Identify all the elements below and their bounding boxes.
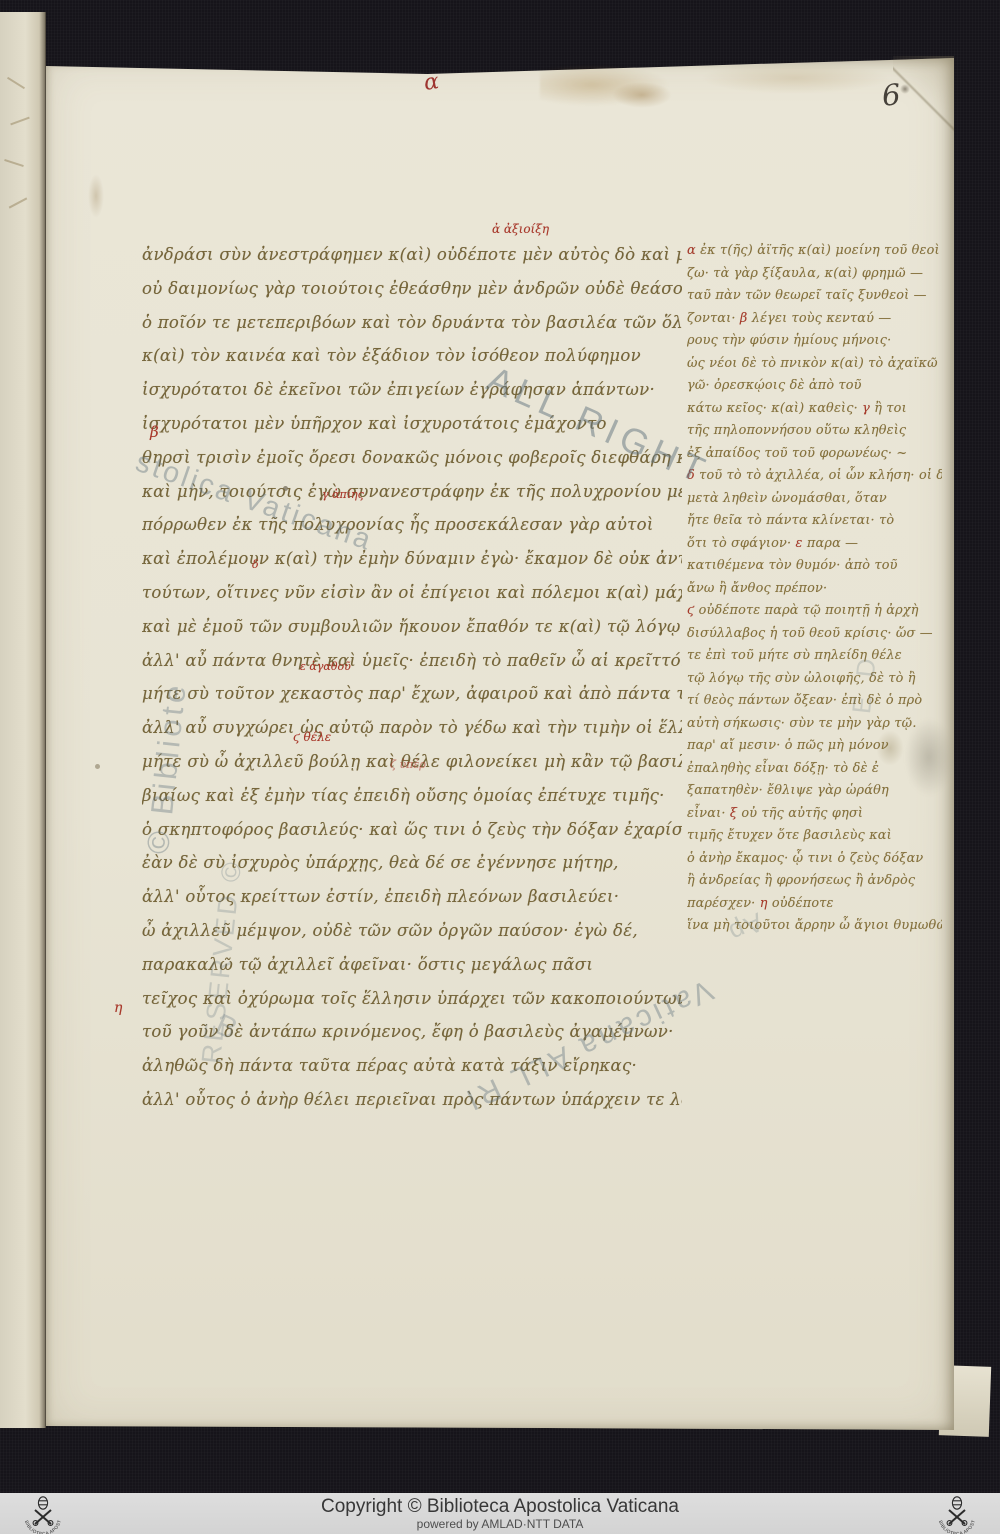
manuscript-line: α ἐκ τ(ῆς) ἀϊτῆς κ(αὶ) μοείνη τοῦ θεοὶ — [687,240,942,263]
manuscript-line: ρους τὴν φύσιν ἡμίους μήνοις· [687,330,942,353]
ink-text: παρα — [803,536,859,551]
manuscript-line: αὐτὴ σήκωσις· σὺν τε μὴν γὰρ τῷ. [687,713,942,736]
manuscript-line: καὶ μὴν, τοιούτοις ἐγὼ συνανεστράφην ἐκ … [142,475,682,509]
ink-text: τιμῆς ἔτυχεν ὅτε βασιλεὺς καὶ [687,828,892,843]
manuscript-line: καὶ μὲ ἐμοῦ τῶν συμβουλιῶν ἤκουον ἔπαθόν… [142,610,682,644]
ink-text: ἢ ἀνδρείας ἢ φρονήσεως ἢ ἀνδρὸς [687,873,915,888]
manuscript-line: γῶ· ὀρεσκῴοις δὲ ἀπὸ τοῦ [687,375,942,398]
manuscript-line: παρέσχεν· η οὐδέποτε [687,893,942,916]
folio-number: 6 [881,77,902,112]
showthrough-mark [10,117,29,126]
ink-text: ἢ τοι [870,401,907,416]
ink-text: παρέσχεν· [687,896,760,911]
page-corner-fold [893,56,954,142]
manuscript-line: ἰσχυρότατοι μὲν ὑπῆρχον καὶ ἰσχυροτάτοις… [142,407,682,441]
ink-text: αὐτὴ σήκωσις· σὺν τε μὴν γὰρ τῷ. [687,716,917,731]
ink-text: ζονται· [687,311,740,326]
ink-text: ἐξ ἀπαίδος τοῦ τοῦ φορωνέως· ~ [687,446,907,461]
manuscript-line: παρακαλῶ τῷ ἀχιλλεῖ ἀφεῖναι· ὅστις μεγάλ… [142,948,682,982]
manuscript-line: μήτε σὺ τοῦτον χεκαστὸς παρ' ἔχων, ἀφαιρ… [142,677,682,711]
rubric-initial: β [740,311,748,326]
manuscript-line: βιαίως καὶ ἐξ ἐμὴν τίας ἐπειδὴ οὔσης ὁμο… [142,779,682,813]
ink-text: δισύλλαβος ἡ τοῦ θεοῦ κρίσις· ὥσ — [687,626,933,641]
showthrough-mark [4,159,24,167]
main-text-block: ἀνδράσι σὺν ἀνεστράφημεν κ(αὶ) οὐδέποτε … [142,238,682,1117]
showthrough-mark [7,77,25,89]
ink-text: τί θεὸς πάντων ὄξεαν· ἐπὶ δὲ ὁ πρὸ [687,693,922,708]
ink-text: ἐκ τ(ῆς) ἀϊτῆς κ(αὶ) μοείνη τοῦ θεοὶ — [696,243,942,258]
rubric-initial: η [760,896,768,911]
ink-text: παρ' αἴ μεσιν· ὁ πῶς μὴ μόνον [687,738,889,753]
manuscript-line: ἀλλ' αὖ πάντα θνητὲ καὶ ὑμεῖς· ἐπειδὴ τὸ… [142,644,682,678]
manuscript-line: μήτε σὺ ὦ ἀχιλλεῦ βούλῃ καὶ θέλε φιλονεί… [142,745,682,779]
footer-bar: BIBLIOTECA APOSTOLICA VATICANA Copyright… [0,1493,1000,1534]
ink-text: καὶ ἐπολέμουν κ(αὶ) τὴν ἐμὴν δύναμιν ἐγὼ… [142,549,682,568]
manuscript-line: ἤτε θεῖα τὸ πάντα κλίνεται· τὸ [687,510,942,533]
manuscript-line: μετὰ ληθεὶν ὠνομάσθαι, ὅταν [687,488,942,511]
ink-text: μήτε σὺ τοῦτον χεκαστὸς παρ' ἔχων, ἀφαιρ… [142,684,682,703]
manuscript-line: τιμῆς ἔτυχεν ὅτε βασιλεὺς καὶ [687,825,942,848]
manuscript-line: ξαπατηθὲν· ἔθλιψε γὰρ ὡράθη [687,780,942,803]
manuscript-line: ὦ ἀχιλλεῦ μέμψον, οὐδὲ τῶν σῶν ὀργῶν παύ… [142,914,682,948]
ink-text: ὅτι τὸ σφάγιον· [687,536,796,551]
manuscript-line: ἀλλ' αὖ συγχώρει ὡς αὐτῷ παρὸν τὸ γέδω κ… [142,711,682,745]
manuscript-line: ϛ οὐδέποτε παρὰ τῷ ποιητῇ ἡ ἀρχὴ [687,600,942,623]
ink-text: μετὰ ληθεὶν ὠνομάσθαι, ὅταν [687,491,887,506]
manuscript-line: οὐ δαιμονίως γὰρ τοιούτοις ἐθεάσθην μὲν … [142,272,682,306]
copyright-text: Copyright © Biblioteca Apostolica Vatica… [321,1496,679,1517]
manuscript-line: τε ἐπὶ τοῦ μήτε σὺ πηλείδη θέλε [687,645,942,668]
vatican-library-stamp: BIBLIOTECA APOSTOLICA VATICANA [934,1491,980,1534]
manuscript-line: παρ' αἴ μεσιν· ὁ πῶς μὴ μόνον [687,735,942,758]
manuscript-line: ζω· τὰ γὰρ ξίξαυλα, κ(αὶ) φρημῶ — [687,263,942,286]
ink-text: ἰσχυρότατοι δὲ ἐκεῖνοι τῶν ἐπιγείων ἐγρά… [142,380,655,399]
ink-text: ἐὰν δὲ σὺ ἰσχυρὸς ὑπάρχῃς, θεὰ δέ σε ἐγέ… [142,853,619,872]
manuscript-line: πόρρωθεν ἐκ τῆς πολυχρονίας ἧς προσεκάλε… [142,508,682,542]
ink-text: λέγει τοὺς κενταύ — [748,311,892,326]
rubric-initial: γ [862,401,870,416]
ink-text: κατιθέμενα τὸν θυμόν· ἀπὸ τοῦ [687,558,898,573]
ink-text: ὡς νέοι δὲ τὸ πνικὸν κ(αὶ) τὸ ἀχαϊκῶ [687,356,938,371]
ink-text: κάτω κεῖος· κ(αὶ) καθεὶς· [687,401,862,416]
digitized-manuscript-scan: α 6 ἀνδράσι σὺν ἀνεστράφημεν κ(αὶ) οὐδέπ… [0,0,1000,1534]
manuscript-line: ὁ ἀνὴρ ἔκαμος· ᾧ τινι ὁ ζεὺς δόξαν [687,848,942,871]
manuscript-line: ἀνδράσι σὺν ἀνεστράφημεν κ(αὶ) οὐδέποτε … [142,238,682,272]
ink-text: καὶ μὲ ἐμοῦ τῶν συμβουλιῶν ἤκουον ἔπαθόν… [142,617,681,636]
book-page-edge [0,12,46,1428]
manuscript-line: ἵνα μὴ τοιοῦτοι ἄρρην ὦ ἅγιοι θυμωθῶσι :… [687,915,942,938]
manuscript-line: ἢ ἀνδρείας ἢ φρονήσεως ἢ ἀνδρὸς [687,870,942,893]
manuscript-line: ἄνω ἢ ἄνθος πρέπον· [687,578,942,601]
ink-text: οὐδέποτε [768,896,834,911]
ink-text: γῶ· ὀρεσκῴοις δὲ ἀπὸ τοῦ [687,378,862,393]
ink-text: καὶ μὴν, τοιούτοις ἐγὼ συνανεστράφην ἐκ … [142,482,682,501]
manuscript-line: ἀληθῶς δὴ πάντα ταῦτα πέρας αὐτὰ κατὰ τά… [142,1049,682,1083]
manuscript-line: τῷ λόγῳ τῆς σὺν ὠλοιφῆς, δὲ τὸ ἢ [687,668,942,691]
ink-text: τε ἐπὶ τοῦ μήτε σὺ πηλείδη θέλε [687,648,902,663]
ink-text: εἶναι· [687,806,730,821]
rubric-initial: α [687,243,696,258]
ink-text: τεῖχος καὶ ὀχύρωμα τοῖς ἕλλησιν ὑπάρχει … [142,989,682,1008]
manuscript-line: κατιθέμενα τὸν θυμόν· ἀπὸ τοῦ [687,555,942,578]
manuscript-line: τῆς πηλοποννήσου οὕτω κληθεὶς [687,420,942,443]
ink-text: οὐ τῆς αὐτῆς φησὶ [737,806,863,821]
ink-text: ξαπατηθὲν· ἔθλιψε γὰρ ὡράθη [687,783,889,798]
manuscript-line: κ(αὶ) τὸν καινέα καὶ τὸν ἐξάδιον τὸν ἰσό… [142,339,682,373]
manuscript-line: ὁ ποῖόν τε μετεπεριβόων καὶ τὸν δρυάντα … [142,306,682,340]
ink-text: ἀλλ' οὗτος ὁ ἀνὴρ θέλει περιεῖναι πρὸς π… [142,1090,682,1109]
manuscript-line: δ τοῦ τὸ τὸ ἀχιλλέα, οἱ ὧν κλήση· οἱ δὲ [687,465,942,488]
powered-by-text: powered by AMLAD·NTT DATA [417,1517,584,1532]
ink-text: ὦ ἀχιλλεῦ μέμψον, οὐδὲ τῶν σῶν ὀργῶν παύ… [142,921,638,940]
showthrough-mark [9,197,28,208]
manuscript-line: ταῦ πὰν τῶν θεωρεῖ ταῖς ξυνθεοὶ — [687,285,942,308]
ink-text: τοῦ γοῦν δὲ ἀντάπω κρινόμενος, ἔφη ὁ βασ… [142,1022,674,1041]
rubric-initial: δ [687,468,695,483]
manuscript-line: ὡς νέοι δὲ τὸ πνικὸν κ(αὶ) τὸ ἀχαϊκῶ [687,353,942,376]
ink-text: ὁ ποῖόν τε μετεπεριβόων καὶ τὸν δρυάντα … [142,313,682,332]
ink-text: ἀνδράσι σὺν ἀνεστράφημεν κ(αὶ) οὐδέποτε … [142,245,682,264]
marginal-scholia-block: α ἐκ τ(ῆς) ἀϊτῆς κ(αὶ) μοείνη τοῦ θεοὶ —… [687,240,942,938]
ink-text: ἀλλ' αὖ συγχώρει ὡς αὐτῷ παρὸν τὸ γέδω κ… [142,718,682,737]
ink-text: οὐδέποτε παρὰ τῷ ποιητῇ ἡ ἀρχὴ [694,603,918,618]
manuscript-line: εἶναι· ξ οὐ τῆς αὐτῆς φησὶ [687,803,942,826]
ink-text: ὁ ἀνὴρ ἔκαμος· ᾧ τινι ὁ ζεὺς δόξαν [687,851,923,866]
ink-text: ἄνω ἢ ἄνθος πρέπον· [687,581,827,596]
vatican-library-stamp: BIBLIOTECA APOSTOLICA VATICANA [20,1491,66,1534]
ink-text: τοῦ τὸ τὸ ἀχιλλέα, οἱ ὧν κλήση· οἱ δὲ [695,468,942,483]
manuscript-line: θηρσὶ τρισὶν ἐμοῖς ὄρεσι δονακῶς μόνοις … [142,441,682,475]
ink-text: ἀλλ' αὖ πάντα θνητὲ καὶ ὑμεῖς· ἐπειδὴ τὸ… [142,651,682,670]
ink-text: βιαίως καὶ ἐξ ἐμὴν τίας ἐπειδὴ οὔσης ὁμο… [142,786,665,805]
ink-text: ἤτε θεῖα τὸ πάντα κλίνεται· τὸ [687,513,894,528]
ink-text: ἀληθῶς δὴ πάντα ταῦτα πέρας αὐτὰ κατὰ τά… [142,1056,637,1075]
ink-text: ζω· τὰ γὰρ ξίξαυλα, κ(αὶ) φρημῶ — [687,266,923,281]
manuscript-line: ἀλλ' οὗτος κρείττων ἐστίν, ἐπειδὴ πλεόνω… [142,880,682,914]
manuscript-line: ζονται· β λέγει τοὺς κενταύ — [687,308,942,331]
manuscript-line: ὅτι τὸ σφάγιον· ε παρα — [687,533,942,556]
ink-text: ταῦ πὰν τῶν θεωρεῖ ταῖς ξυνθεοὶ — [687,288,927,303]
manuscript-line: τούτων, οἵτινες νῦν εἰσὶν ἂν οἱ ἐπίγειοι… [142,576,682,610]
ink-text: ἵνα μὴ τοιοῦτοι ἄρρην ὦ ἅγιοι θυμωθῶσι :… [687,918,942,933]
manuscript-line: ἐὰν δὲ σὺ ἰσχυρὸς ὑπάρχῃς, θεὰ δέ σε ἐγέ… [142,846,682,880]
manuscript-line: δισύλλαβος ἡ τοῦ θεοῦ κρίσις· ὥσ — [687,623,942,646]
ink-text: θηρσὶ τρισὶν ἐμοῖς ὄρεσι δονακῶς μόνοις … [142,448,682,467]
ink-text: παρακαλῶ τῷ ἀχιλλεῖ ἀφεῖναι· ὅστις μεγάλ… [142,955,593,974]
ink-text: ὁ σκηπτοφόρος βασιλεύς· καὶ ὥς τινι ὁ ζε… [142,820,682,839]
ink-text: μήτε σὺ ὦ ἀχιλλεῦ βούλῃ καὶ θέλε φιλονεί… [142,752,682,771]
ink-text: τούτων, οἵτινες νῦν εἰσὶν ἂν οἱ ἐπίγειοι… [142,583,682,602]
manuscript-line: τεῖχος καὶ ὀχύρωμα τοῖς ἕλλησιν ὑπάρχει … [142,982,682,1016]
ink-text: τῷ λόγῳ τῆς σὺν ὠλοιφῆς, δὲ τὸ ἢ [687,671,916,686]
manuscript-line: τί θεὸς πάντων ὄξεαν· ἐπὶ δὲ ὁ πρὸ [687,690,942,713]
rubric-initial: ε [796,536,803,551]
manuscript-line: καὶ ἐπολέμουν κ(αὶ) τὴν ἐμὴν δύναμιν ἐγὼ… [142,542,682,576]
manuscript-line: ἐπαληθὴς εἶναι δόξῃ· τὸ δὲ ἐ [687,758,942,781]
quire-mark: α [422,69,440,96]
ink-text: πόρρωθεν ἐκ τῆς πολυχρονίας ἧς προσεκάλε… [142,515,654,534]
ink-text: τῆς πηλοποννήσου οὕτω κληθεὶς [687,423,906,438]
ink-text: ρους τὴν φύσιν ἡμίους μήνοις· [687,333,891,348]
manuscript-line: ἰσχυρότατοι δὲ ἐκεῖνοι τῶν ἐπιγείων ἐγρά… [142,373,682,407]
manuscript-line: ἀλλ' οὗτος ὁ ἀνὴρ θέλει περιεῖναι πρὸς π… [142,1083,682,1117]
manuscript-line: κάτω κεῖος· κ(αὶ) καθεὶς· γ ἢ τοι [687,398,942,421]
manuscript-line: ἐξ ἀπαίδος τοῦ τοῦ φορωνέως· ~ [687,443,942,466]
manuscript-line: ὁ σκηπτοφόρος βασιλεύς· καὶ ὥς τινι ὁ ζε… [142,813,682,847]
ink-text: κ(αὶ) τὸν καινέα καὶ τὸν ἐξάδιον τὸν ἰσό… [142,346,641,365]
ink-text: ἐπαληθὴς εἶναι δόξῃ· τὸ δὲ ἐ [687,761,879,776]
ink-text: ἰσχυρότατοι μὲν ὑπῆρχον καὶ ἰσχυροτάτοις… [142,414,607,433]
manuscript-line: τοῦ γοῦν δὲ ἀντάπω κρινόμενος, ἔφη ὁ βασ… [142,1015,682,1049]
ink-text: ἀλλ' οὗτος κρείττων ἐστίν, ἐπειδὴ πλεόνω… [142,887,619,906]
ink-text: οὐ δαιμονίως γὰρ τοιούτοις ἐθεάσθην μὲν … [142,279,682,298]
